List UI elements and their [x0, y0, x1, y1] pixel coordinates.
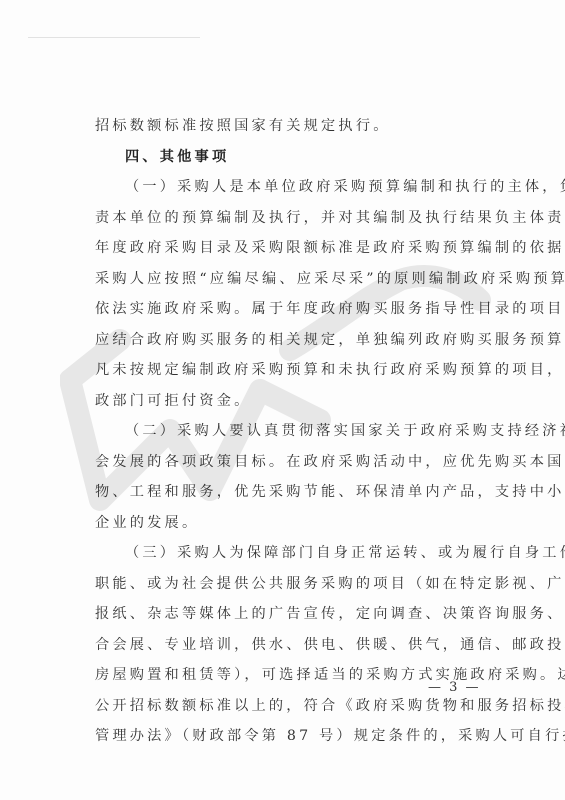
paragraph-line: 凡未按规定编制政府采购预算和未执行政府采购预算的项目，财: [95, 355, 490, 386]
paragraph-line: 政部门可拒付资金。: [95, 386, 490, 417]
paragraph-line: 报纸、杂志等媒体上的广告宣传，定向调查、决策咨询服务、综: [95, 599, 490, 630]
document-page: 招标数额标准按照国家有关规定执行。 四、其他事项 （一）采购人是本单位政府采购预…: [0, 0, 565, 800]
paragraph-line: 年度政府采购目录及采购限额标准是政府采购预算编制的依据，: [95, 233, 490, 264]
paragraph-line: 物、工程和服务，优先采购节能、环保清单内产品，支持中小微: [95, 477, 490, 508]
paragraph-line: 依法实施政府采购。属于年度政府购买服务指导性目录的项目，: [95, 294, 490, 325]
paragraph-line: 会发展的各项政策目标。在政府采购活动中，应优先购买本国货: [95, 447, 490, 478]
paragraph-line: 应结合政府购买服务的相关规定，单独编列政府购买服务预算。: [95, 325, 490, 356]
paragraph-line: 公开招标数额标准以上的，符合《政府采购货物和服务招标投标: [95, 691, 490, 722]
page-number: — 3 —: [428, 680, 481, 695]
paragraph-line: 采购人应按照“应编尽编、应采尽采”的原则编制政府采购预算，: [95, 264, 490, 295]
paragraph-line: （三）采购人为保障部门自身正常运转、或为履行自身工作: [95, 538, 490, 569]
paragraph-line: 职能、或为社会提供公共服务采购的项目（如在特定影视、广播、: [95, 569, 490, 600]
paragraph-line: （一）采购人是本单位政府采购预算编制和执行的主体，负: [95, 172, 490, 203]
document-body: 招标数额标准按照国家有关规定执行。 四、其他事项 （一）采购人是本单位政府采购预…: [95, 111, 490, 752]
paragraph-line: 招标数额标准按照国家有关规定执行。: [95, 111, 490, 142]
paragraph-line: 合会展、专业培训，供水、供电、供暖、供气，通信、邮政投递，: [95, 630, 490, 661]
paragraph-line: （二）采购人要认真贯彻落实国家关于政府采购支持经济社: [95, 416, 490, 447]
paragraph-line: 管理办法》（财政部令第 87 号）规定条件的，采购人可自行招标；: [95, 721, 490, 752]
scan-edge-line: [28, 37, 200, 38]
paragraph-line: 企业的发展。: [95, 508, 490, 539]
paragraph-line: 责本单位的预算编制及执行，并对其编制及执行结果负主体责任。: [95, 203, 490, 234]
section-heading: 四、其他事项: [95, 142, 490, 173]
